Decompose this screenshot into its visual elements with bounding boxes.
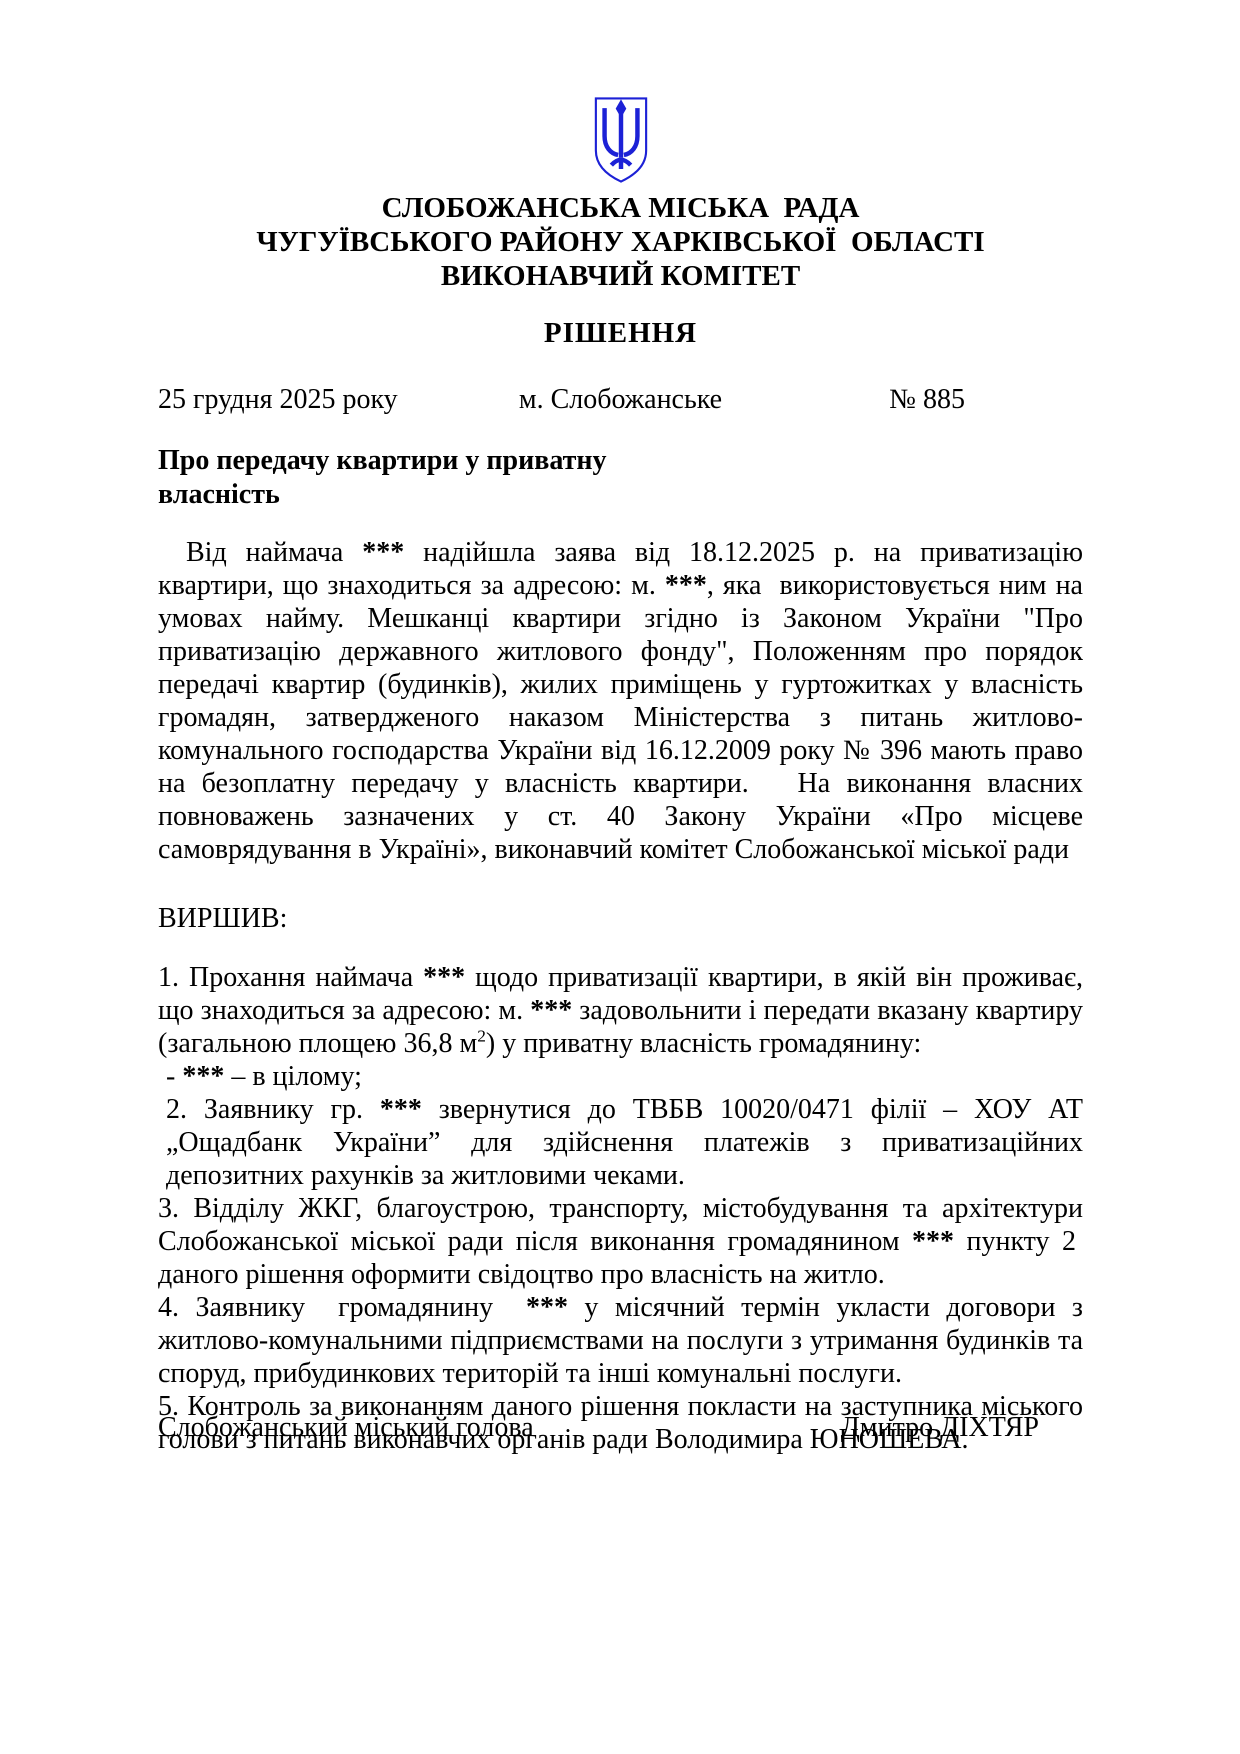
paragraph: 4. Заявнику громадянину *** у місячний т… [158, 1291, 1083, 1390]
paragraph: - *** – в цілому; [158, 1060, 1083, 1093]
subject-line-2: власність [158, 478, 1083, 512]
signature-row: Слобожанський міський голова Дмитро ДІХТ… [158, 1412, 1083, 1444]
subject-block: Про передачу квартири у приватну власніс… [158, 444, 1083, 512]
paragraph: ВИРШИВ: [158, 902, 1083, 935]
document-type-title: РІШЕННЯ [158, 317, 1083, 350]
document-header: СЛОБОЖАНСЬКА МІСЬКА РАДА ЧУГУЇВСЬКОГО РА… [158, 95, 1083, 350]
paragraph: 1. Прохання наймача *** щодо приватизаці… [158, 961, 1083, 1060]
document-body: Від наймача *** надійшла заява від 18.12… [158, 536, 1083, 1456]
org-district: ЧУГУЇВСЬКОГО РАЙОНУ ХАРКІВСЬКОЇ ОБЛАСТІ [158, 225, 1083, 259]
decision-date: 25 грудня 2025 року [158, 384, 466, 416]
decision-meta-row: 25 грудня 2025 року м. Слобожанське № 88… [158, 384, 1083, 416]
org-committee: ВИКОНАВЧИЙ КОМІТЕТ [158, 259, 1083, 293]
decision-place: м. Слобожанське [466, 384, 774, 416]
document-page: СЛОБОЖАНСЬКА МІСЬКА РАДА ЧУГУЇВСЬКОГО РА… [0, 0, 1240, 1754]
paragraph: 3. Відділу ЖКГ, благоустрою, транспорту,… [158, 1192, 1083, 1291]
subject-line-1: Про передачу квартири у приватну [158, 444, 1083, 478]
signature-title: Слобожанський міський голова [158, 1412, 534, 1444]
org-name: СЛОБОЖАНСЬКА МІСЬКА РАДА [158, 191, 1083, 225]
signature-name: Дмитро ДІХТЯР [841, 1412, 1083, 1444]
decision-number: № 885 [775, 384, 1083, 416]
ukraine-trident-emblem-icon [592, 95, 650, 185]
paragraph: Від наймача *** надійшла заява від 18.12… [158, 536, 1083, 866]
paragraph: 2. Заявнику гр. *** звернутися до ТВБВ 1… [158, 1093, 1083, 1192]
